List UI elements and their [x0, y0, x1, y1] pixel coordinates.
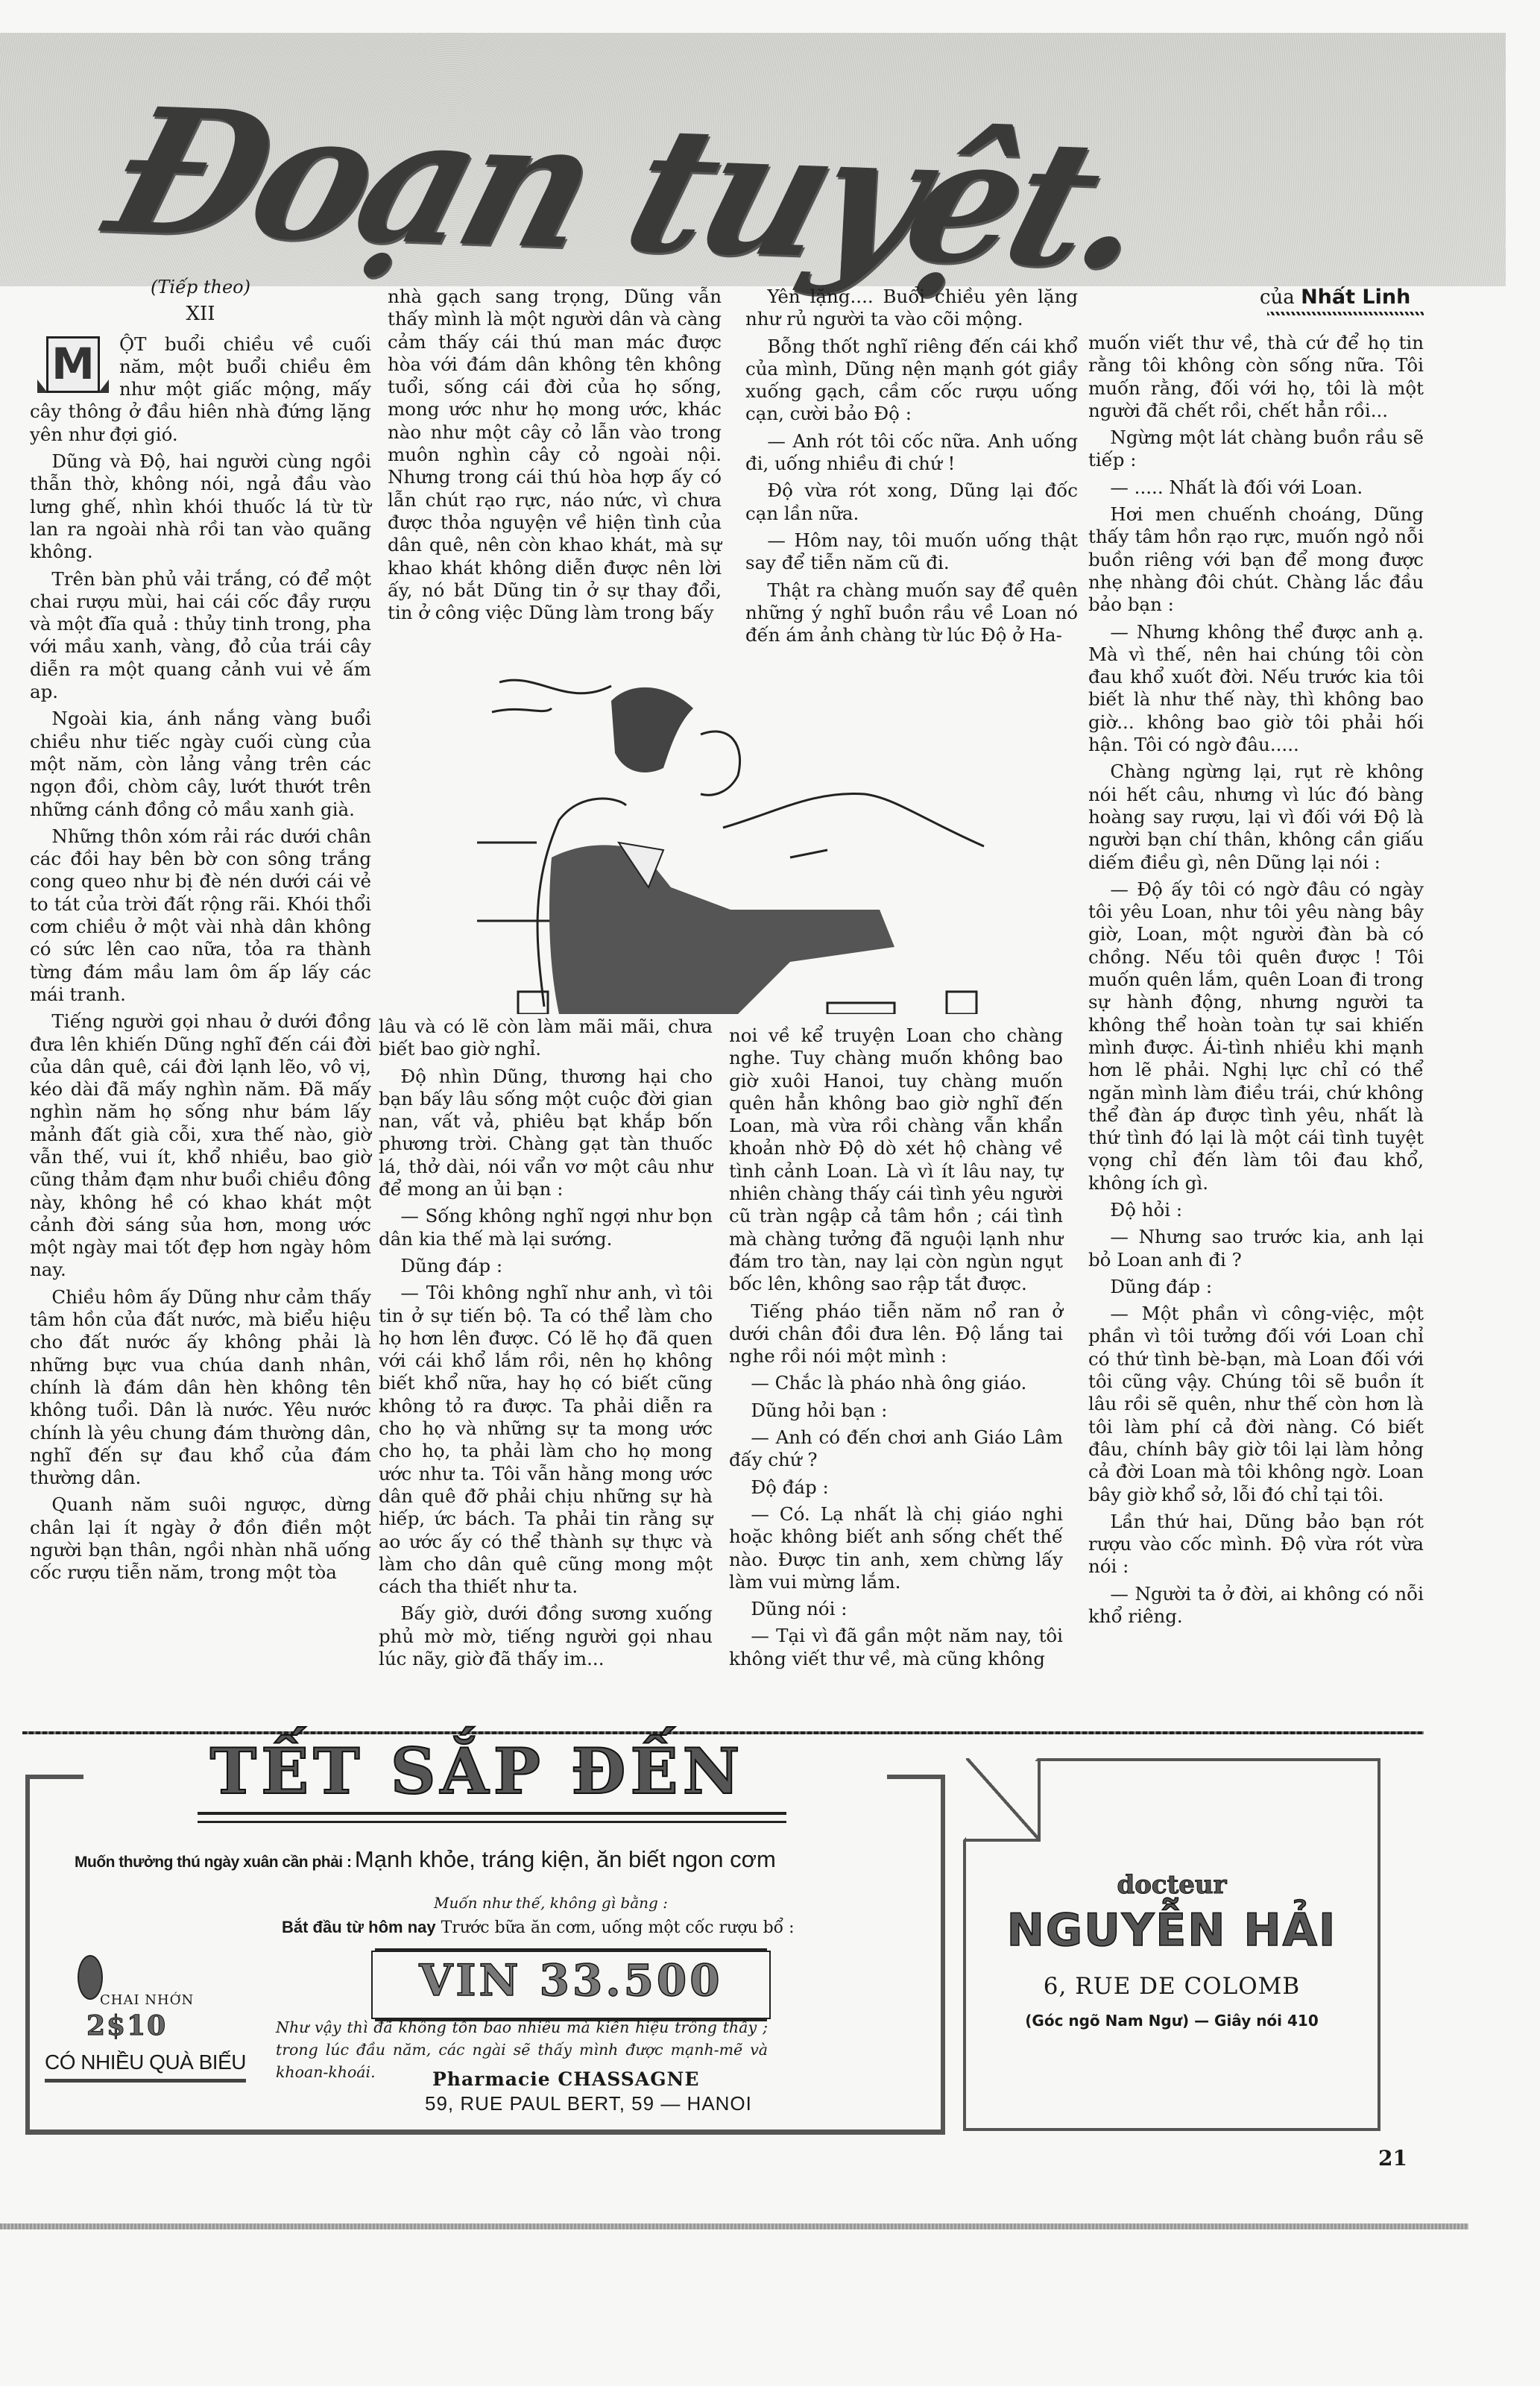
- dropcap-wing-right-icon: [98, 366, 109, 393]
- instruction-bold: Bắt đầu từ hôm nay: [282, 1918, 436, 1936]
- paragraph: Yên lặng.... Buổi chiều yên lặng như rủ …: [745, 286, 1078, 331]
- paragraph: — Nhưng không thể được anh ạ. Mà vì thế,…: [1088, 621, 1424, 757]
- bottle-label: CHAI NHỚN: [100, 1992, 194, 2008]
- paragraph: Chàng ngừng lại, rụt rè không nói hết câ…: [1088, 761, 1424, 873]
- article-column-2-top: nhà gạch sang trọng, Dũng vẫn thấy mình …: [388, 286, 722, 629]
- paragraph: Độ vừa rót xong, Dũng lại đốc cạn lần nữ…: [745, 479, 1078, 525]
- paragraph: Độ hỏi :: [1088, 1199, 1424, 1221]
- paragraph: Ngừng một lát chàng buồn rầu sẽ tiếp :: [1088, 426, 1424, 472]
- pharmacy-name: Pharmacie CHASSAGNE: [432, 2068, 699, 2090]
- paragraph: Bỗng thốt nghĩ riêng đến cái khổ của mìn…: [745, 336, 1078, 426]
- byline: của Nhất Linh: [1260, 286, 1410, 309]
- pharmacy-address: 59, RUE PAUL BERT, 59 — HANOI: [425, 2092, 752, 2115]
- headline-rule: [198, 1812, 786, 1815]
- product-name: VIN 33.500: [373, 1955, 769, 2006]
- paragraph: Độ đáp :: [729, 1476, 1063, 1499]
- product-box: VIN 33.500: [371, 1951, 771, 2019]
- ad-headline: TẾT SẮP ĐẾN: [201, 1734, 753, 1808]
- paragraph: Ngoài kia, ánh nắng vàng buổi chiều như …: [30, 708, 371, 820]
- story-title: Đoạn tuyệt.: [93, 85, 1398, 300]
- byline-prefix: của: [1260, 286, 1295, 309]
- article-column-2-bottom: lâu và có lẽ còn làm mãi mãi, chưa biết …: [379, 1016, 713, 1675]
- paragraph: — Nhưng sao trước kia, anh lại bỏ Loan a…: [1088, 1226, 1424, 1271]
- paragraph: — Có. Lạ nhất là chị giáo nghi hoặc khôn…: [729, 1503, 1063, 1593]
- tet-advertisement: TẾT SẮP ĐẾN Muốn thưởng thú ngày xuân cầ…: [25, 1779, 945, 2135]
- tagline-prefix: Muốn thưởng thú ngày xuân cần phải :: [75, 1854, 351, 1871]
- illustration: [477, 664, 999, 1014]
- page-edge: [0, 2223, 1468, 2229]
- paragraph: Dũng hỏi bạn :: [729, 1400, 1063, 1422]
- tagline-main: Mạnh khỏe, tráng kiện, ăn biết ngon cơm: [355, 1846, 776, 1872]
- paragraph: nhà gạch sang trọng, Dũng vẫn thấy mình …: [388, 286, 722, 624]
- paragraph: muốn viết thư về, thà cứ để họ tin rằng …: [1088, 332, 1424, 422]
- paragraph: — Người ta ở đời, ai không có nỗi khổ ri…: [1088, 1583, 1424, 1628]
- paragraph: Tiếng pháo tiễn năm nổ ran ở dưới chân đ…: [729, 1300, 1063, 1368]
- paragraph: Thật ra chàng muốn say để quên những ý n…: [745, 579, 1078, 647]
- paragraph: Dũng đáp :: [379, 1255, 713, 1277]
- ad-border: [25, 1775, 83, 1779]
- price: 2$10: [86, 2010, 167, 2042]
- article-column-4: muốn viết thư về, thà cứ để họ tin rằng …: [1088, 332, 1424, 1632]
- continued-label: (Tiếp theo): [30, 276, 371, 298]
- folded-corner-icon: [966, 1758, 1041, 1842]
- doctor-advertisement: docteur NGUYỄN HẢI 6, RUE DE COLOMB (Góc…: [963, 1758, 1380, 2131]
- paragraph: Dũng và Độ, hai người cùng ngồi thẫn thờ…: [30, 450, 371, 563]
- instruction-rest: Trước bữa ăn cơm, uống một cốc rượu bổ :: [441, 1918, 795, 1937]
- paragraph: Lần thứ hai, Dũng bảo bạn rót rượu vào c…: [1088, 1511, 1424, 1578]
- paragraph: — Chắc là pháo nhà ông giáo.: [729, 1372, 1063, 1394]
- seal-icon: [78, 1955, 103, 2000]
- headline-rule: [198, 1821, 786, 1823]
- doctor-name: NGUYỄN HẢI: [963, 1904, 1380, 1957]
- article-column-3-top: Yên lặng.... Buổi chiều yên lặng như rủ …: [745, 286, 1078, 651]
- paragraph: Những thôn xóm rải rác dưới chân các đồi…: [30, 825, 371, 1006]
- ad-subtitle: Muốn như thế, không gì bằng :: [434, 1894, 668, 1912]
- article-column-3-bottom: noi về kể truyện Loan cho chàng nghe. Tu…: [729, 1024, 1063, 1675]
- title-banner: Đoạn tuyệt.: [0, 33, 1506, 286]
- man-in-armchair-icon: [477, 664, 999, 1014]
- paragraph: — Sống không nghĩ ngợi như bọn dân kia t…: [379, 1205, 713, 1250]
- paragraph: noi về kể truyện Loan cho chàng nghe. Tu…: [729, 1024, 1063, 1296]
- paragraph: Trên bàn phủ vải trắng, có để một chai r…: [30, 568, 371, 704]
- doctor-contact: (Góc ngõ Nam Ngư) — Giây nói 410: [963, 2012, 1380, 2030]
- paragraph: lâu và có lẽ còn làm mãi mãi, chưa biết …: [379, 1016, 713, 1061]
- paragraph: — Tôi không nghĩ như anh, vì tôi tin ở s…: [379, 1282, 713, 1598]
- byline-underline: [1267, 312, 1424, 315]
- paragraph: — Một phần vì công-việc, một phần vì tôi…: [1088, 1303, 1424, 1506]
- author-name: Nhất Linh: [1301, 286, 1410, 309]
- paragraph: Bấy giờ, dưới đồng sương xuống phủ mờ mờ…: [379, 1602, 713, 1670]
- ad-border: [887, 1775, 945, 1779]
- doctor-street: 6, RUE DE COLOMB: [963, 1973, 1380, 2000]
- doctor-title: docteur: [963, 1870, 1380, 1900]
- dropcap-ornament: M: [37, 336, 109, 391]
- paragraph: — ..... Nhất là đối với Loan.: [1088, 476, 1424, 499]
- paragraph: Độ nhìn Dũng, thương hại cho bạn bấy lâu…: [379, 1065, 713, 1201]
- ad-instruction: Bắt đầu từ hôm nay Trước bữa ăn cơm, uốn…: [282, 1918, 795, 1937]
- paragraph: — Hôm nay, tôi muốn uống thật say để tiễ…: [745, 529, 1078, 575]
- paragraph: Quanh năm suôi ngược, dừng chân lại ít n…: [30, 1493, 371, 1584]
- dropcap-letter: M: [46, 336, 100, 393]
- paragraph: — Độ ấy tôi có ngờ đâu có ngày tôi yêu L…: [1088, 878, 1424, 1194]
- gifts-label: CÓ NHIỀU QUÀ BIẾU: [45, 2050, 246, 2083]
- article-column-1: (Tiếp theo) XII M ỘT buổi chiều về cuối …: [30, 276, 371, 1589]
- paragraph: — Anh có đến chơi anh Giáo Lâm đấy chứ ?: [729, 1426, 1063, 1472]
- paragraph: Tiếng người gọi nhau ở dưới đồng đưa lên…: [30, 1010, 371, 1282]
- paragraph: Dũng nói :: [729, 1598, 1063, 1620]
- paragraph: — Anh rót tôi cốc nữa. Anh uống đi, uống…: [745, 430, 1078, 476]
- page-number: 21: [1378, 2146, 1407, 2171]
- paragraph: Chiều hôm ấy Dũng như cảm thấy tâm hồn c…: [30, 1286, 371, 1490]
- paragraph: Hơi men chuếnh choáng, Dũng thấy tâm hồn…: [1088, 503, 1424, 616]
- paragraph: — Tại vì đã gần một năm nay, tôi không v…: [729, 1625, 1063, 1670]
- paragraph: Dũng đáp :: [1088, 1276, 1424, 1298]
- chapter-number: XII: [30, 303, 371, 325]
- ad-tagline: Muốn thưởng thú ngày xuân cần phải : Mạn…: [75, 1846, 924, 1873]
